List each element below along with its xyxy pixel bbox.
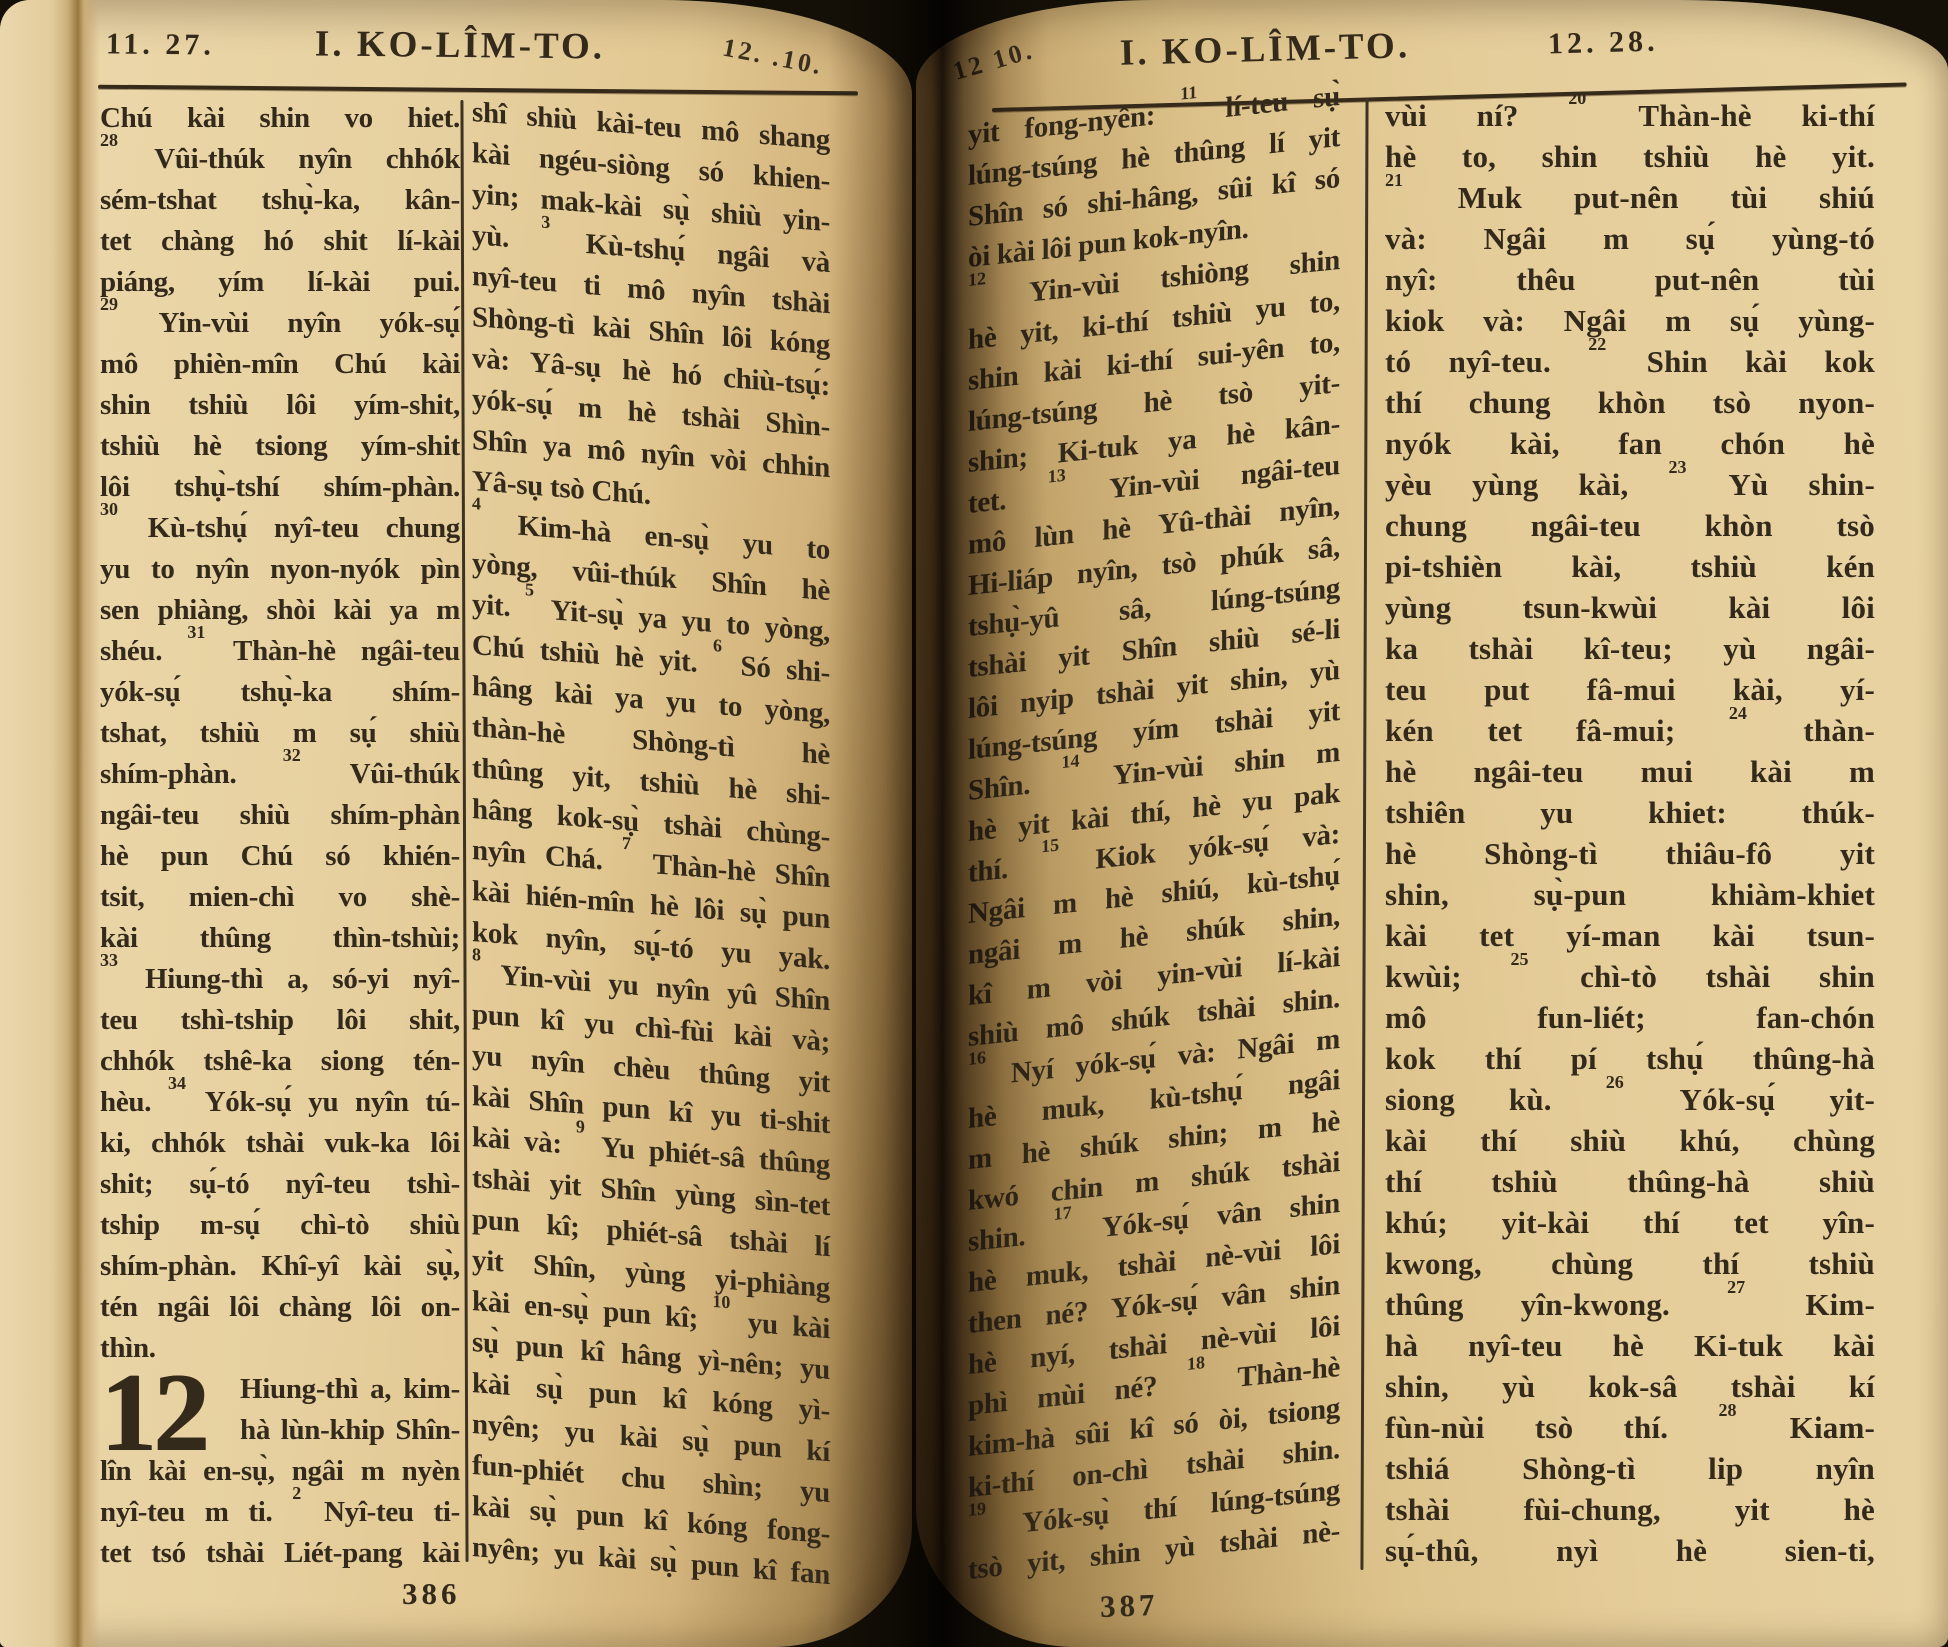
text-line: khú; yit-kài thí tet yîn- [1385,1202,1875,1243]
book-spread: 11. 27. I. KO-LÎM-TO. 12. .10. 12 10. I.… [0,0,1948,1647]
verse-text-block: Chú kài shin vo hiet.28 Vûi-thúk nyîn ch… [100,98,460,1369]
text-line: yók-sụ́ tshụ̀-ka shím- [100,672,460,713]
verse-number: 24 [1729,703,1747,723]
text-line: tet chàng hó shit lí-kài [100,221,460,262]
text-line: kén tet fâ-mui; 24 thàn- [1385,710,1875,751]
text-line: tshat, tshiù m sụ́ shiù [100,713,460,754]
verse-number: 32 [283,745,301,765]
text-line: lîn kài en-sụ̀, ngâi m nyèn [100,1451,460,1492]
text-line: tsit, mien-chì vo shè- [100,877,460,918]
verse-number: 14 [1062,751,1080,773]
text-line: chhók tshê-ka siong tén- [100,1041,460,1082]
text-line: 28 Vûi-thúk nyîn chhók [100,139,460,180]
verse-number: 2 [292,1483,301,1503]
verse-number: 18 [1187,1352,1205,1374]
text-line: 33 Hiung-thì a, só-yi nyî- [100,959,460,1000]
verse-text-block: shî shiù kài-teu mô shangkài ngéu-siòng … [472,92,830,1596]
text-line: kok thí pí tshụ́ thûng-hà [1385,1038,1875,1079]
text-line: teu tshì-tship lôi shit, [100,1000,460,1041]
text-line: shit; sụ́-tó nyî-teu tshì- [100,1164,460,1205]
text-line: và: Ngâi m sụ́ yùng-tó [1385,218,1875,259]
text-line: teu put fâ-mui kài, yí- [1385,669,1875,710]
verse-number: 26 [1606,1072,1624,1092]
text-line: kiok và: Ngâi m sụ́ yùng- [1385,300,1875,341]
text-line: shím-phàn. Khî-yî kài sụ̀, [100,1246,460,1287]
text-line: chung ngâi-teu khòn tsò [1385,505,1875,546]
text-line: hè to, shin tshiù hè yit. [1385,136,1875,177]
verse-number: 11 [1180,82,1197,104]
right-column-1: yit fong-nyên: 11 lí-teu sụ̀lúng-tsúng h… [968,76,1340,1591]
verse-text-block: vùi ní? 20 Thàn-hè ki-thíhè to, shin tsh… [1385,95,1875,1571]
verse-number: 10 [712,1291,730,1312]
text-line: kwùi; 25 chì-tò tshài shin [1385,956,1875,997]
text-line: thûng yîn-kwong. 27 Kim- [1385,1284,1875,1325]
text-line: thí tshiù thûng-hà shiù [1385,1161,1875,1202]
verse-number: 31 [187,622,205,642]
text-line: hèu. 34 Yók-sụ́ yu nyîn tú- [100,1082,460,1123]
left-page-verse-ref: 11. 27. [106,27,215,62]
text-line: tén ngâi lôi chàng lôi on- [100,1287,460,1328]
verse-number: 17 [1054,1202,1072,1224]
right-page-verse-ref: 12. 28. [1548,25,1659,62]
left-page-title: I. KO-LÎM-TO. [250,22,670,69]
text-line: pi-tshièn kài, tshiù kén [1385,546,1875,587]
verse-number: 9 [576,1117,585,1138]
text-line: nyî-teu m ti. 2 Nyî-teu ti- [100,1492,460,1533]
text-line: siong kù. 26 Yók-sụ́ yit- [1385,1079,1875,1120]
text-line: lôi tshụ̀-tshí shím-phàn. [100,467,460,508]
chapter-opening-lines: Hiung-thì a, kim-hà lùn-khip Shîn- [240,1369,460,1451]
text-line: shin tshiù lôi yím-shit, [100,385,460,426]
text-line: tshiù hè tsiong yím-shit [100,426,460,467]
text-line: tet tsó tshài Liét-pang kài [100,1533,460,1574]
verse-number: 33 [100,950,118,970]
verse-number: 20 [1568,88,1586,108]
text-line: shím-phàn. 32 Vûi-thúk [100,754,460,795]
right-page-number: 387 [1099,1587,1159,1625]
text-line: nyî: thêu put-nên tùi [1385,259,1875,300]
verse-text-block: yit fong-nyên: 11 lí-teu sụ̀lúng-tsúng h… [968,76,1340,1591]
text-line: yùng tsun-kwùi kài lôi [1385,587,1875,628]
text-line: kài tet yí-man kài tsun- [1385,915,1875,956]
chapter-number: 12 [100,1369,240,1451]
left-page-number: 386 [402,1576,461,1612]
text-line: hà nyî-teu hè Ki-tuk kài [1385,1325,1875,1366]
text-line: sen phiàng, shòi kài ya m [100,590,460,631]
verse-number: 5 [525,580,534,601]
verse-number: 34 [168,1073,186,1093]
text-line: hè pun Chú só khién- [100,836,460,877]
text-line: ki, chhók tshài vuk-ka lôi [100,1123,460,1164]
verse-number: 30 [100,499,118,519]
verse-number: 12 [968,268,986,290]
text-line: fùn-nùi tsò thí. 28 Kiam- [1385,1407,1875,1448]
text-line: shéu. 31 Thàn-hè ngâi-teu [100,631,460,672]
verse-number: 27 [1727,1277,1745,1297]
text-line: Hiung-thì a, kim- [240,1369,460,1410]
text-line: 30 Kù-tshụ́ nyî-teu chung [100,508,460,549]
text-line: yu to nyîn nyon-nyók pìn [100,549,460,590]
text-line: shin, yù kok-sâ tshài kí [1385,1366,1875,1407]
right-column-2: vùi ní? 20 Thàn-hè ki-thíhè to, shin tsh… [1385,95,1875,1571]
text-line: vùi ní? 20 Thàn-hè ki-thí [1385,95,1875,136]
verse-number: 8 [472,944,481,965]
text-line: sụ́-thû, nyì hè sien-ti, [1385,1530,1875,1571]
text-line: ka tshài kî-teu; yù ngâi- [1385,628,1875,669]
verse-number: 22 [1588,334,1606,354]
verse-number: 6 [713,635,722,656]
text-line: sém-tshat tshụ̀-ka, kân- [100,180,460,221]
text-line: 29 Yin-vùi nyîn yók-sụ́ [100,303,460,344]
text-line: tshiá Shòng-tì lip nyîn [1385,1448,1875,1489]
text-line: kwong, chùng thí tshiù [1385,1243,1875,1284]
verse-number: 7 [622,833,631,854]
verse-number: 13 [1048,465,1066,487]
chapter-12-start: 12 Hiung-thì a, kim-hà lùn-khip Shîn- [100,1369,460,1451]
text-line: mô fun-liét; fan-chón [1385,997,1875,1038]
verse-number: 25 [1510,949,1528,969]
text-line: nyók kài, fan chón hè [1385,423,1875,464]
text-line: thí chung khòn tsò nyon- [1385,382,1875,423]
text-line: shin, sụ̀-pun khiàm-khiet [1385,874,1875,915]
text-line: Chú kài shin vo hiet. [100,98,460,139]
text-line: ngâi-teu shiù shím-phàn [100,795,460,836]
text-line: hà lùn-khip Shîn- [240,1410,460,1451]
verse-number: 28 [100,130,118,150]
text-line: tó nyî-teu. 22 Shin kài kok [1385,341,1875,382]
verse-number: 16 [968,1047,986,1069]
left-column-2: shî shiù kài-teu mô shangkài ngéu-siòng … [472,92,830,1596]
verse-number: 23 [1669,457,1687,477]
text-line: hè Shòng-tì thiâu-fô yit [1385,833,1875,874]
text-line: 21 Muk put-nên tùi shiú [1385,177,1875,218]
text-line: tship m-sụ́ chì-tò shiù [100,1205,460,1246]
text-line: tshài fùi-chung, yit hè [1385,1489,1875,1530]
verse-number: 28 [1718,1400,1736,1420]
verse-number: 3 [541,212,550,233]
left-column-1: Chú kài shin vo hiet.28 Vûi-thúk nyîn ch… [100,98,460,1574]
text-line: hè ngâi-teu mui kài m [1385,751,1875,792]
verse-number: 29 [100,294,118,314]
verse-number: 21 [1385,170,1403,190]
text-line: yèu yùng kài, 23 Yù shin- [1385,464,1875,505]
text-line: kài thûng thìn-tshùi; [100,918,460,959]
text-line: mô phièn-mîn Chú kài [100,344,460,385]
verse-number: 15 [1041,835,1059,857]
verse-number: 19 [968,1498,986,1520]
verse-text-block: lîn kài en-sụ̀, ngâi m nyènnyî-teu m ti.… [100,1451,460,1574]
text-line: tshiên yu khiet: thúk- [1385,792,1875,833]
text-line: piáng, yím lí-kài pui. [100,262,460,303]
verse-number: 4 [472,493,481,514]
text-line: kài thí shiù khú, chùng [1385,1120,1875,1161]
